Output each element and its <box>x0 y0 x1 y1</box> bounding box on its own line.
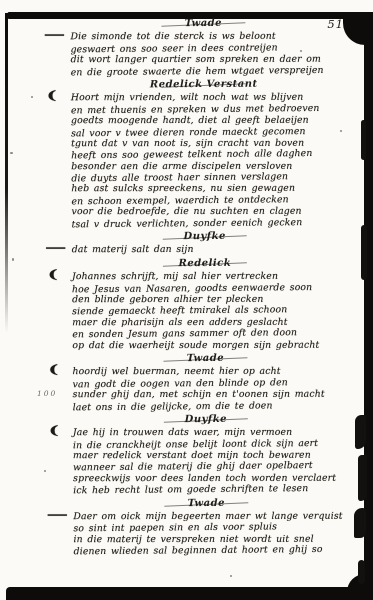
paper-speck <box>340 130 342 132</box>
manuscript-line: dit wort langer quartier som spreken en … <box>71 54 357 66</box>
manuscript-line: laet ons in die gelijcke, om die te doen <box>73 399 359 413</box>
verse-paragraph: (Hoort mijn vrienden, wilt noch wat ws b… <box>51 91 358 230</box>
paragraph-flourish-mark: ( <box>48 365 59 376</box>
manuscript-line: sunder ghij dan, met schijn en t'oonen s… <box>73 389 359 401</box>
scan-edge-blotch <box>358 560 365 584</box>
verse-paragraph: (hoordij wel buerman, neemt hier op acht… <box>52 365 358 412</box>
paragraph-flourish-mark: ( <box>47 91 58 102</box>
verse-paragraph: (Jae hij in trouwen dats waer, mijn verm… <box>53 426 359 496</box>
paragraph-flourish-mark: ( <box>48 269 59 280</box>
verse-paragraph: (Johannes schrijft, mij sal hier vertrec… <box>52 270 358 352</box>
manuscript-line: —dat materij salt dan sijn <box>72 244 358 256</box>
paper-speck <box>10 152 13 154</box>
manuscript-line: en die groote swaerte die hem wtgaet ver… <box>71 64 357 78</box>
paragraph-flourish-mark: — <box>44 30 66 41</box>
speaker-label: Redelick <box>52 257 358 270</box>
manuscript-line: op dat die waerheijt soude morgen sijn g… <box>72 339 358 351</box>
speaker-label: Duyfke <box>53 413 359 426</box>
paper-speck <box>31 96 33 98</box>
manuscript-text: Twade—Die simonde tot die sterck is ws b… <box>50 13 359 559</box>
manuscript-line: tsal v druck verlichten, sonder eenich g… <box>72 216 358 230</box>
speaker-label: Twade <box>52 352 358 365</box>
manuscript-line: ick heb recht lust om goede schriften te… <box>73 483 359 497</box>
scan-edge-bottom <box>6 587 373 600</box>
paper-speck <box>230 575 232 577</box>
paragraph-flourish-mark: ( <box>49 425 60 436</box>
paper-speck <box>12 258 14 261</box>
speaker-label: Duyfke <box>52 230 358 243</box>
scan-edge-blotch <box>361 120 366 160</box>
scan-edge-blotch <box>358 455 367 501</box>
speaker-label: Twade <box>53 497 359 510</box>
manuscript-line: goedts moogende handt, diet al geeft bel… <box>71 115 357 127</box>
speaker-label: Redelick Verstant <box>51 78 357 91</box>
verse-paragraph: —dat materij salt dan sijn <box>52 243 358 256</box>
manuscript-line: dienen wlieden sal beginnen dat hoort en… <box>74 544 360 558</box>
scan-edge-blotch <box>361 225 367 280</box>
verse-paragraph: —Die simonde tot die sterck is ws beloon… <box>50 30 356 77</box>
verse-paragraph: —Daer om oick mijn begeerten maer wt lan… <box>53 510 359 557</box>
paragraph-flourish-mark: — <box>45 243 67 254</box>
paper-speck <box>300 50 302 52</box>
paragraph-flourish-mark: — <box>47 509 69 520</box>
scan-edge-left-line <box>5 13 8 333</box>
paper-speck <box>44 470 46 472</box>
manuscript-line: en sonden Jesum gans sammer oft den doon <box>72 327 358 341</box>
manuscript-scan-page: 51 100 Twade—Die simonde tot die sterck … <box>0 0 373 600</box>
speaker-label: Twade <box>50 17 356 30</box>
